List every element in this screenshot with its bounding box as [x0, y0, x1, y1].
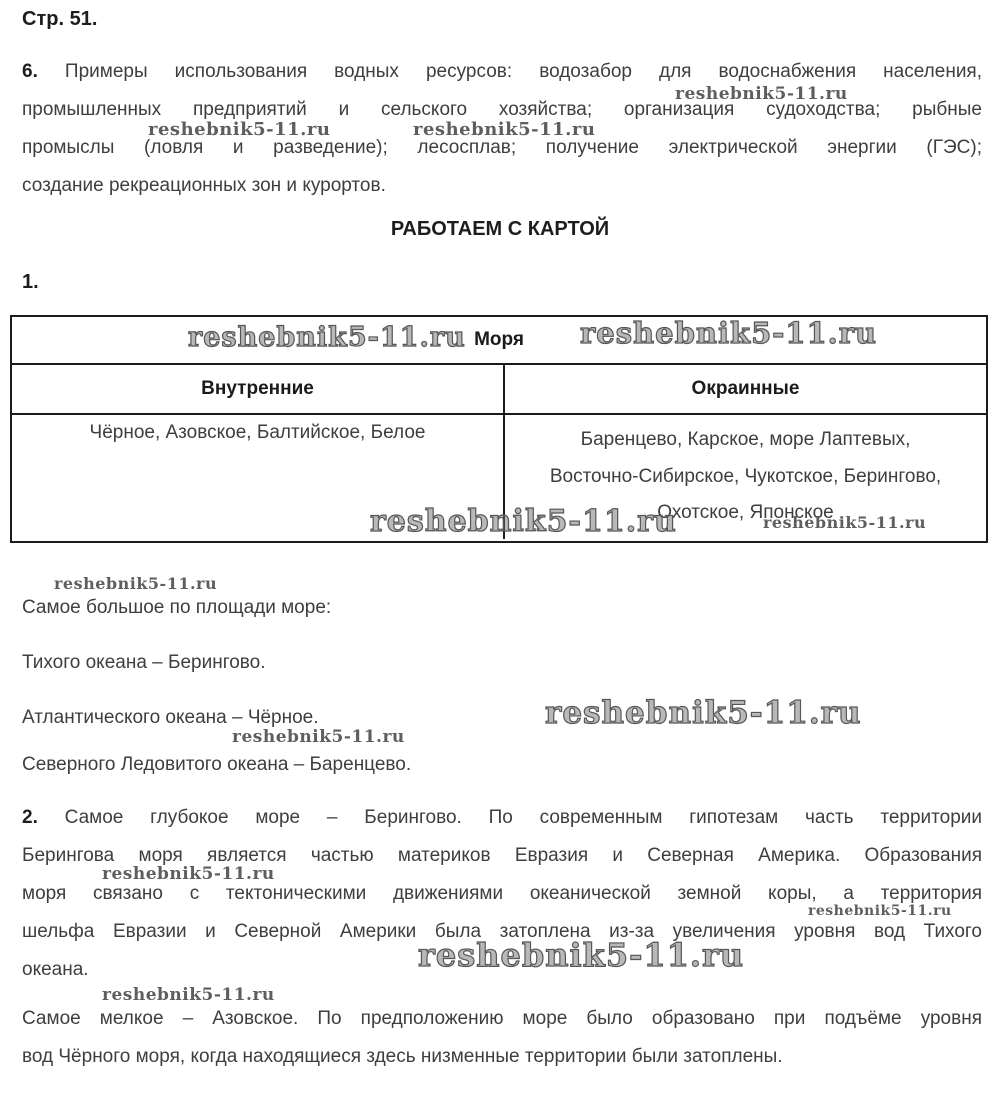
- item6-line-4: создание рекреационных зон и курортов.: [22, 174, 982, 198]
- item6-line-1-text: Примеры использования водных ресурсов: в…: [65, 61, 982, 82]
- shallowest-sea-line-1: Самое мелкое – Азовское. По предположени…: [22, 1007, 982, 1031]
- watermark: reshebnik5-11.ru: [232, 727, 405, 747]
- item6-number: 6.: [22, 61, 38, 82]
- marginal-seas-line: Баренцево, Карское, море Лаптевых,: [505, 422, 986, 459]
- watermark: reshebnik5-11.ru: [545, 695, 861, 731]
- shallowest-sea-line-2: вод Чёрного моря, когда находящиеся здес…: [22, 1045, 982, 1069]
- watermark: reshebnik5-11.ru: [54, 574, 217, 593]
- watermark: reshebnik5-11.ru: [102, 864, 275, 884]
- watermark: reshebnik5-11.ru: [102, 985, 275, 1005]
- item2-line-1-text: Самое глубокое море – Берингово. По совр…: [65, 807, 982, 828]
- item6-line-1: 6. Примеры использования водных ресурсов…: [22, 60, 982, 84]
- largest-seas-intro: Самое большое по площади море:: [22, 596, 982, 620]
- item2-number: 2.: [22, 807, 38, 828]
- column-header-marginal: Окраинные: [505, 365, 986, 413]
- watermark: reshebnik5-11.ru: [148, 119, 330, 140]
- page-title: Стр. 51.: [22, 8, 97, 31]
- section-heading: РАБОТАЕМ С КАРТОЙ: [0, 218, 1000, 241]
- seas-table-title: Моря: [474, 329, 524, 351]
- column-header-inner: Внутренние: [12, 365, 505, 413]
- page: { "watermark": { "text": "reshebnik5-11.…: [0, 0, 1000, 1111]
- watermark: reshebnik5-11.ru: [808, 903, 952, 919]
- watermark: reshebnik5-11.ru: [580, 316, 877, 350]
- largest-sea-arctic: Северного Ледовитого океана – Баренцево.: [22, 753, 982, 777]
- seas-table-header-row: Внутренние Окраинные: [12, 365, 986, 415]
- item1-number: 1.: [22, 271, 39, 294]
- watermark: reshebnik5-11.ru: [370, 504, 677, 539]
- watermark: reshebnik5-11.ru: [763, 513, 926, 532]
- largest-sea-pacific: Тихого океана – Берингово.: [22, 651, 982, 675]
- watermark: reshebnik5-11.ru: [188, 322, 466, 353]
- watermark: reshebnik5-11.ru: [413, 119, 595, 140]
- marginal-seas-line: Восточно-Сибирское, Чукотское, Берингово…: [505, 459, 986, 496]
- watermark: reshebnik5-11.ru: [675, 84, 848, 104]
- item2-line-5: океана.: [22, 958, 982, 982]
- item2-line-1: 2. Самое глубокое море – Берингово. По с…: [22, 806, 982, 830]
